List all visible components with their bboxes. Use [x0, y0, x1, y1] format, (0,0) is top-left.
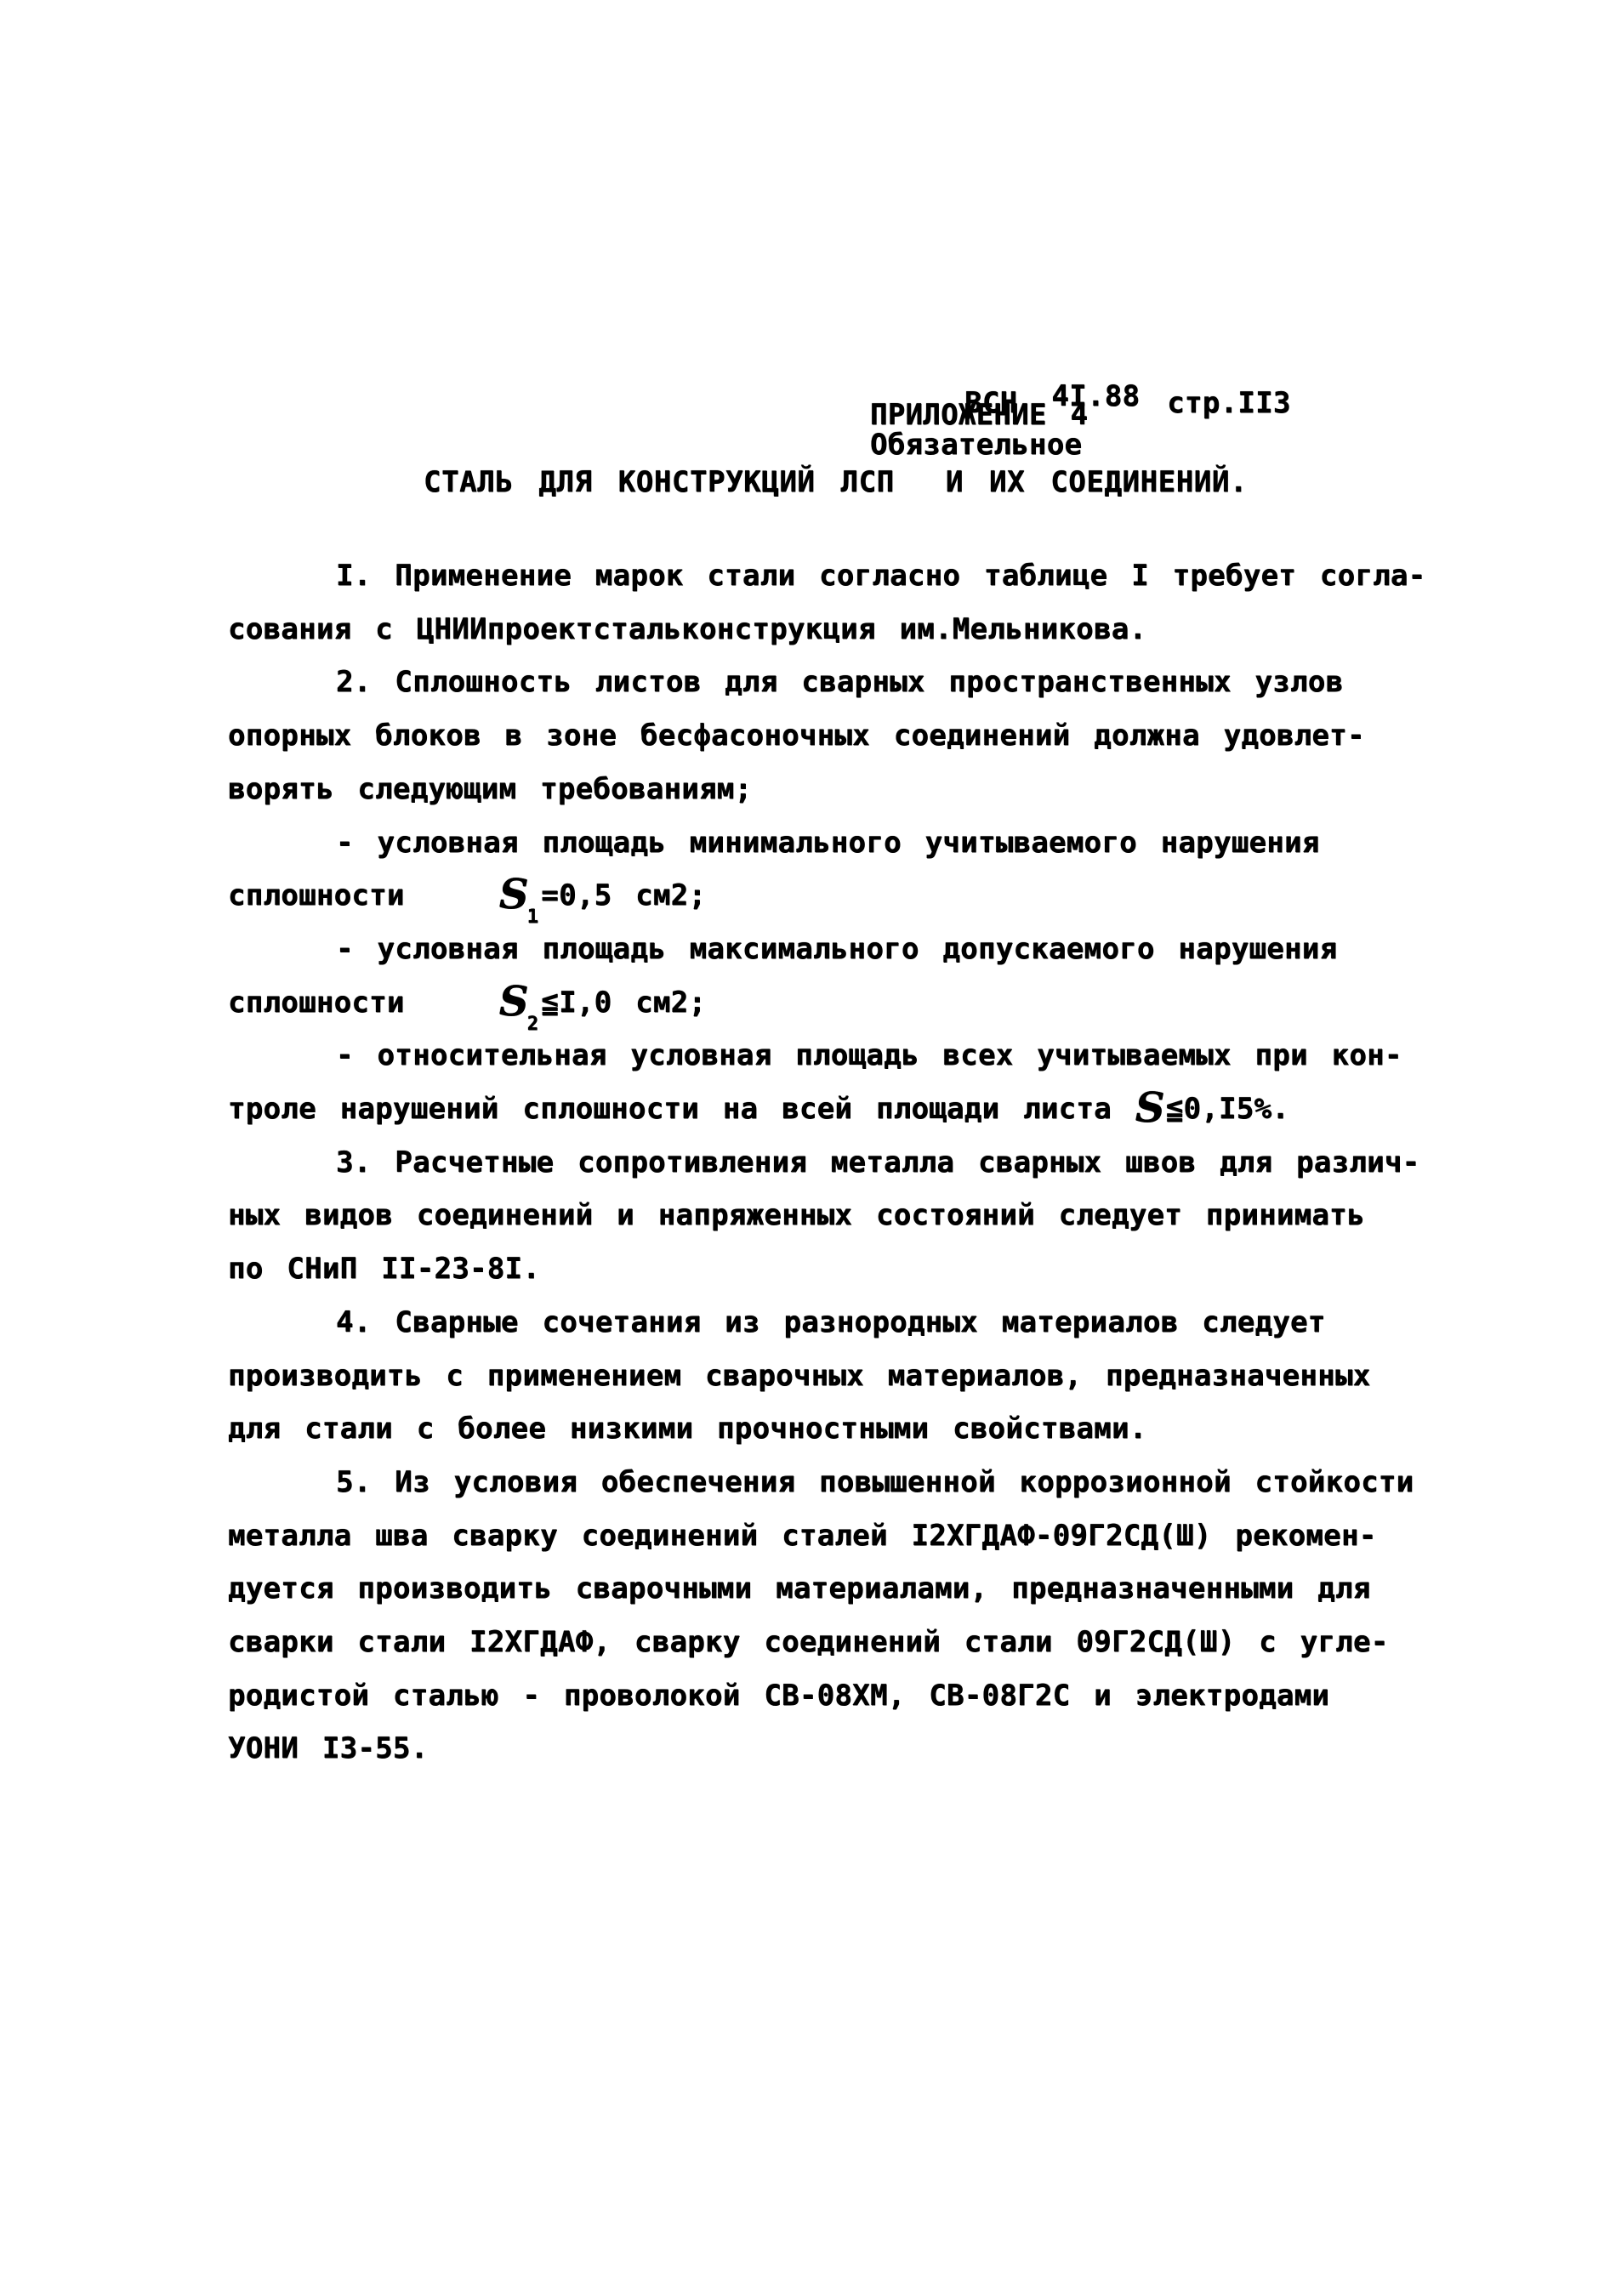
formula-subscript: 2	[527, 1014, 539, 1035]
text-line: - условная площадь минимального учитывае…	[228, 822, 1320, 863]
formula-subscript: 1	[527, 906, 539, 928]
formula-value: =0,5 см2;	[541, 878, 706, 912]
scanned-document-page: ВСН4I.88стр.II3 ПРИЛОЖЕНИЕ 4 Обязательно…	[0, 0, 1610, 2296]
text-segment: троле нарушений сплошности на всей площа…	[228, 1092, 1135, 1126]
formula-value: ≦0,I5%.	[1166, 1092, 1289, 1126]
text-line: 5. Из условия обеспечения повышенной кор…	[228, 1462, 1414, 1503]
document-title: СТАЛЬ ДЛЯ КОНСТРУКЦИЙ ЛСП И ИХ СОЕДИНЕНИ…	[424, 463, 1248, 501]
text-line: 3. Расчетные сопротивления металла сварн…	[228, 1142, 1419, 1183]
text-line: по СНиП II-23-8I.	[228, 1248, 540, 1289]
text-line: троле нарушений сплошности на всей площа…	[228, 1088, 1289, 1129]
appendix-kind-label: Обязательное	[870, 426, 1082, 463]
text-line: производить с применением сварочных мате…	[228, 1355, 1371, 1396]
text-line: 2. Сплошность листов для сварных простра…	[228, 662, 1343, 702]
text-line: сплошности S2≦I,0 см2;	[228, 982, 706, 1023]
text-line: сварки стали I2ХГДАФ, сварку соединений …	[228, 1622, 1389, 1662]
text-segment: сплошности	[228, 878, 499, 912]
text-line: для стали с более низкими прочностными с…	[228, 1408, 1147, 1449]
text-line: - условная площадь максимального допуска…	[228, 929, 1337, 969]
text-line: 4. Сварные сочетания из разнородных мате…	[228, 1302, 1326, 1343]
formula-s-symbol: S1	[499, 871, 541, 918]
text-line: УОНИ I3-55.	[228, 1728, 428, 1769]
page-reference: стр.II3	[1167, 384, 1290, 422]
formula-s-symbol: S	[1135, 1084, 1165, 1132]
text-line: I. Применение марок стали согласно табли…	[228, 555, 1425, 596]
text-line: опорных блоков в зоне бесфасоночных соед…	[228, 715, 1365, 756]
text-line: родистой сталью - проволокой СВ-08ХМ, СВ…	[228, 1675, 1329, 1716]
text-line: дуется производить сварочными материалам…	[228, 1568, 1371, 1609]
text-line: - относительная условная площадь всех уч…	[228, 1035, 1402, 1076]
text-line: сплошности S1=0,5 см2;	[228, 875, 706, 916]
text-line: ных видов соединений и напряженных состо…	[228, 1195, 1365, 1236]
text-line: ворять следующим требованиям;	[228, 769, 752, 810]
text-segment: сплошности	[228, 986, 499, 1020]
text-line: металла шва сварку соединений сталей I2Х…	[228, 1515, 1377, 1556]
text-line: сования с ЦНИИпроектстальконструкция им.…	[228, 609, 1146, 650]
formula-value: ≦I,0 см2;	[541, 986, 706, 1020]
formula-s-symbol: S2	[499, 978, 541, 1026]
